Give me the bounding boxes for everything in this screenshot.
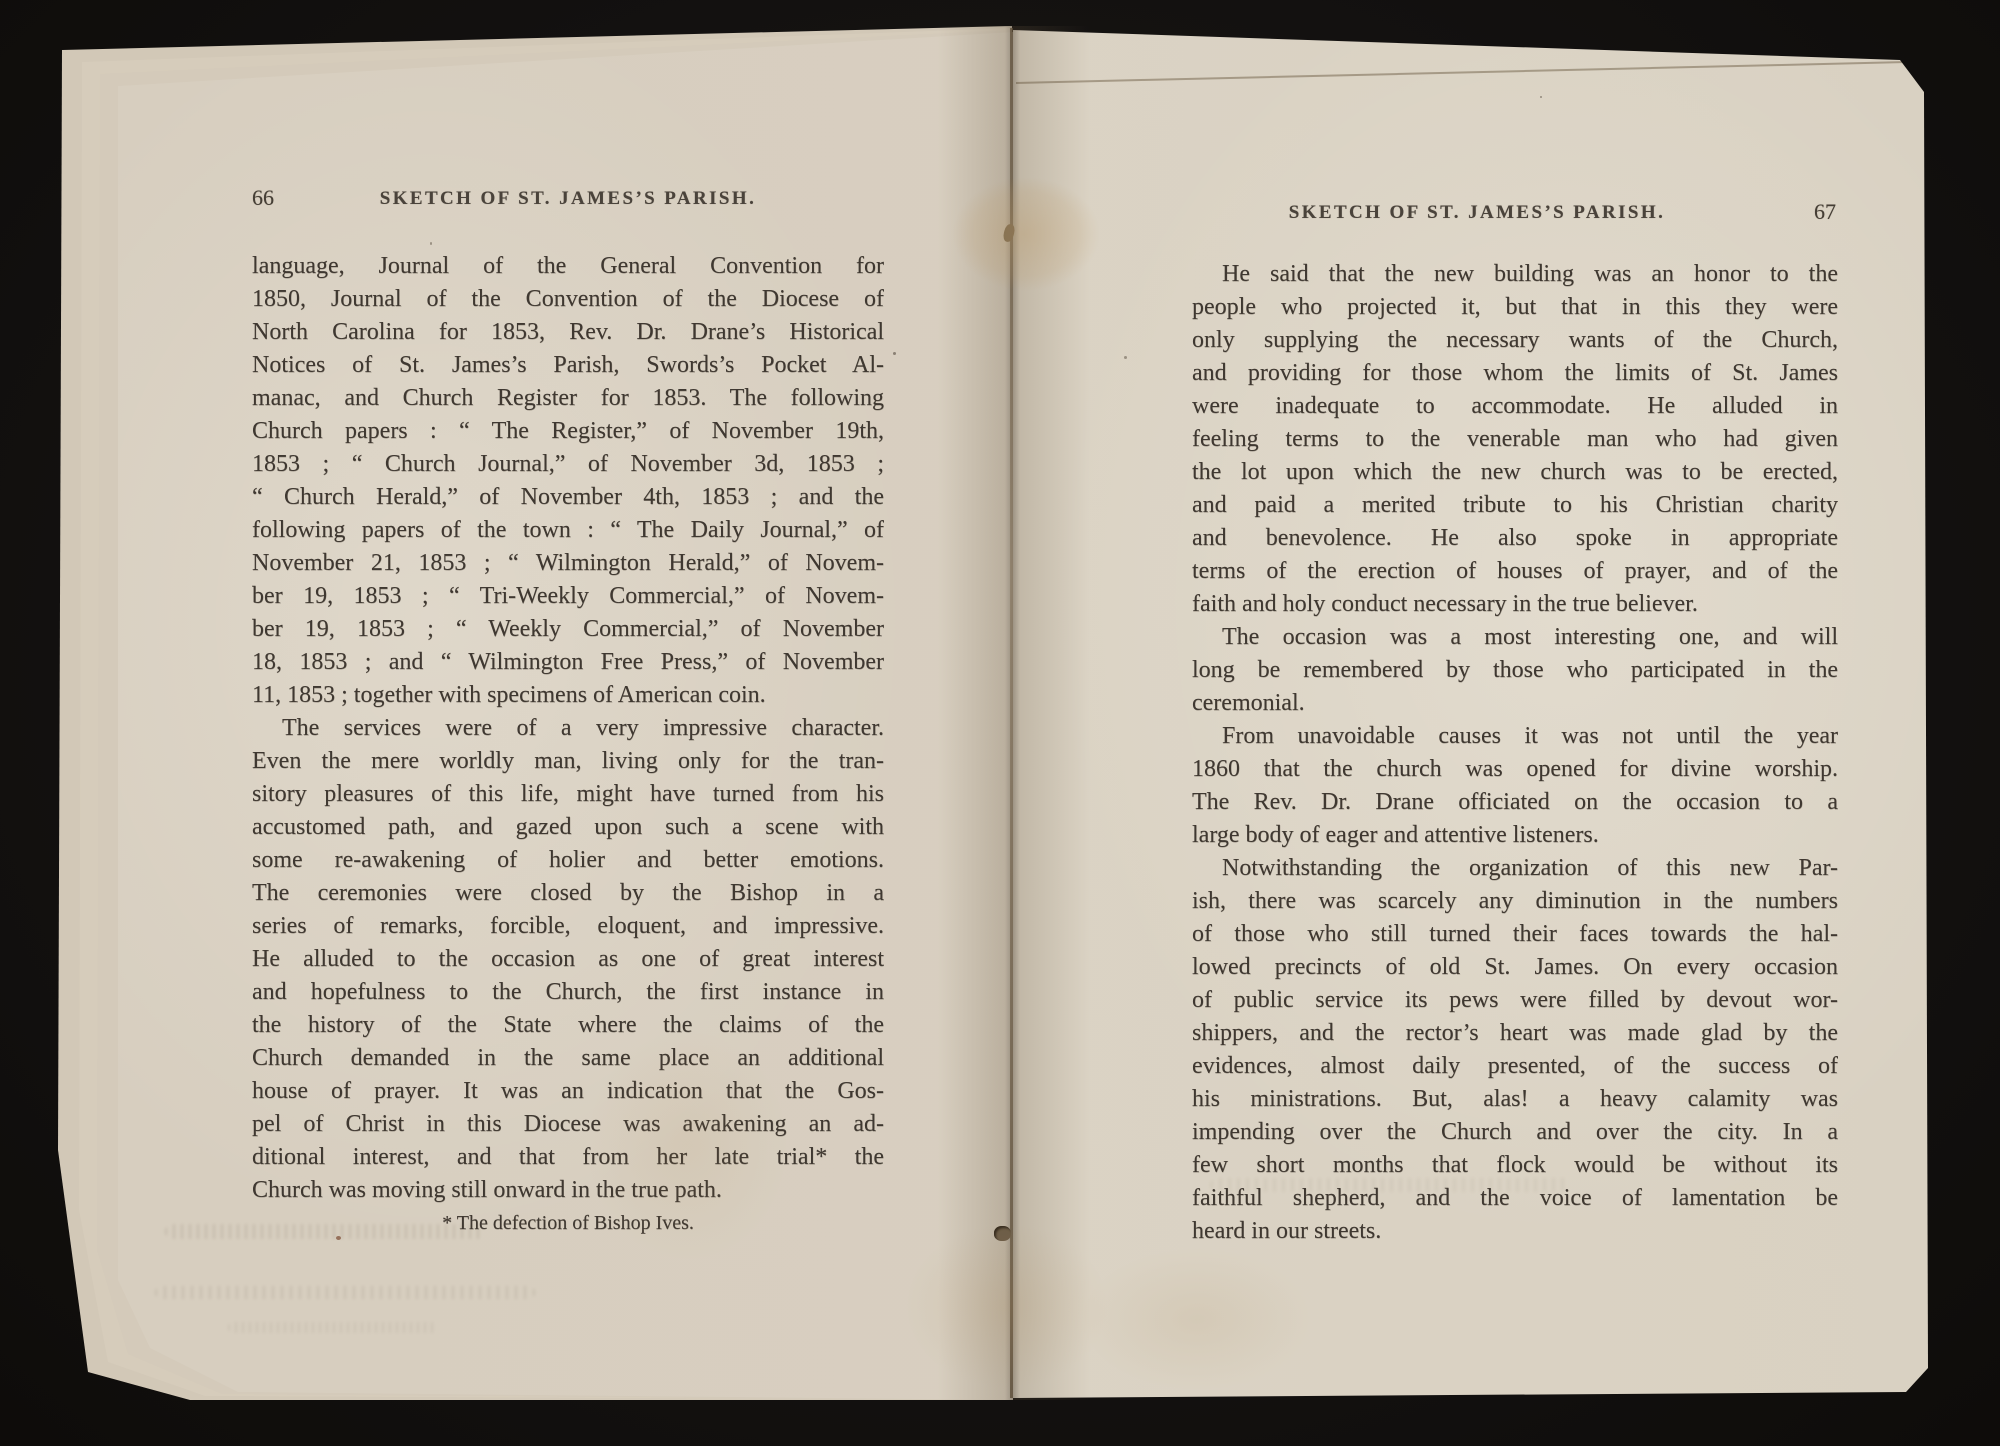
text-line: large body of eager and attentive listen…	[1192, 819, 1838, 852]
text-line: heard in our streets.	[1192, 1215, 1838, 1248]
right-page-text: He said that the new building was an hon…	[1192, 258, 1838, 1248]
text-line: Church was moving still onward in the tr…	[252, 1174, 884, 1207]
page-fold-line	[1016, 61, 1912, 84]
text-line: following papers of the town : “ The Dai…	[252, 514, 884, 547]
text-line: people who projected it, but that in thi…	[1192, 291, 1838, 324]
text-line: shippers, and the rector’s heart was mad…	[1192, 1017, 1838, 1050]
text-line: were inadequate to accommodate. He allud…	[1192, 390, 1838, 423]
right-page-number: 67	[1814, 199, 1836, 225]
text-line: He alluded to the occasion as one of gre…	[252, 943, 884, 976]
text-line: The services were of a very impressive c…	[252, 712, 884, 745]
text-line: faithful shepherd, and the voice of lame…	[1192, 1182, 1838, 1215]
left-page-number: 66	[252, 185, 274, 211]
text-line: November 21, 1853 ; “ Wilmington Herald,…	[252, 547, 884, 580]
running-title: SKETCH OF ST. JAMES’S PARISH.	[252, 188, 884, 210]
text-line: accustomed path, and gazed upon such a s…	[252, 811, 884, 844]
text-line: He said that the new building was an hon…	[1192, 258, 1838, 291]
text-line: Notices of St. James’s Parish, Swords’s …	[252, 349, 884, 382]
text-line: pel of Christ in this Diocese was awaken…	[252, 1108, 884, 1141]
text-line: feeling terms to the venerable man who h…	[1192, 423, 1838, 456]
text-line: the lot upon which the new church was to…	[1192, 456, 1838, 489]
ink-bleedthrough-mark	[155, 1286, 535, 1299]
text-line: faith and holy conduct necessary in the …	[1192, 588, 1838, 621]
text-line: terms of the erection of houses of praye…	[1192, 555, 1838, 588]
book-spread: 66 SKETCH OF ST. JAMES’S PARISH. languag…	[0, 0, 2000, 1446]
text-line: ceremonial.	[1192, 687, 1838, 720]
text-line: 1853 ; “ Church Journal,” of November 3d…	[252, 448, 884, 481]
text-line: Church papers : “ The Register,” of Nove…	[252, 415, 884, 448]
right-page-header: SKETCH OF ST. JAMES’S PARISH. 67	[1192, 202, 1838, 236]
text-line: 11, 1853 ; together with specimens of Am…	[252, 679, 884, 712]
text-line: and hopefulness to the Church, the first…	[252, 976, 884, 1009]
text-line: ber 19, 1853 ; “ Weekly Commercial,” of …	[252, 613, 884, 646]
text-line: The Rev. Dr. Drane officiated on the occ…	[1192, 786, 1838, 819]
text-line: manac, and Church Register for 1853. The…	[252, 382, 884, 415]
text-line: 1850, Journal of the Convention of the D…	[252, 283, 884, 316]
left-page-text: language, Journal of the General Convent…	[252, 250, 884, 1207]
footnote: * The defection of Bishop Ives.	[252, 1212, 884, 1235]
text-line: The ceremonies were closed by the Bishop…	[252, 877, 884, 910]
text-line: “ Church Herald,” of November 4th, 1853 …	[252, 481, 884, 514]
text-line: evidences, almost daily presented, of th…	[1192, 1050, 1838, 1083]
text-line: ditional interest, and that from her lat…	[252, 1141, 884, 1174]
text-line: and benevolence. He also spoke in approp…	[1192, 522, 1838, 555]
text-line: 1860 that the church was opened for divi…	[1192, 753, 1838, 786]
text-line: and providing for those whom the limits …	[1192, 357, 1838, 390]
text-line: Church demanded in the same place an add…	[252, 1042, 884, 1075]
text-line: house of prayer. It was an indication th…	[252, 1075, 884, 1108]
text-line: ber 19, 1853 ; “ Tri-Weekly Commercial,”…	[252, 580, 884, 613]
text-line: the history of the State where the claim…	[252, 1009, 884, 1042]
paper-stain	[1042, 1224, 1352, 1414]
ink-bleedthrough-mark	[228, 1322, 438, 1333]
text-line: of public service its pews were filled b…	[1192, 984, 1838, 1017]
binding-stitch	[994, 1226, 1011, 1241]
paper-speck	[336, 1236, 341, 1240]
text-line: language, Journal of the General Convent…	[252, 250, 884, 283]
text-line: From unavoidable causes it was not until…	[1192, 720, 1838, 753]
text-line: few short months that flock would be wit…	[1192, 1149, 1838, 1182]
text-line: 18, 1853 ; and “ Wilmington Free Press,”…	[252, 646, 884, 679]
text-line: and paid a merited tribute to his Christ…	[1192, 489, 1838, 522]
text-line: long be remembered by those who particip…	[1192, 654, 1838, 687]
paper-speck	[1124, 356, 1127, 359]
paper-speck	[1540, 96, 1542, 98]
text-line: Notwithstanding the organization of this…	[1192, 852, 1838, 885]
text-line: The occasion was a most interesting one,…	[1192, 621, 1838, 654]
text-line: lowed precincts of old St. James. On eve…	[1192, 951, 1838, 984]
text-line: ish, there was scarcely any diminution i…	[1192, 885, 1838, 918]
text-line: impending over the Church and over the c…	[1192, 1116, 1838, 1149]
text-line: Even the mere worldly man, living only f…	[252, 745, 884, 778]
text-line: sitory pleasures of this life, might hav…	[252, 778, 884, 811]
text-line: only supplying the necessary wants of th…	[1192, 324, 1838, 357]
text-line: of those who still turned their faces to…	[1192, 918, 1838, 951]
text-line: some re-awakening of holier and better e…	[252, 844, 884, 877]
left-page-header: 66 SKETCH OF ST. JAMES’S PARISH.	[252, 188, 884, 222]
text-line: series of remarks, forcible, eloquent, a…	[252, 910, 884, 943]
text-line: North Carolina for 1853, Rev. Dr. Drane’…	[252, 316, 884, 349]
text-line: his ministrations. But, alas! a heavy ca…	[1192, 1083, 1838, 1116]
running-title: SKETCH OF ST. JAMES’S PARISH.	[1154, 202, 1800, 224]
paper-speck	[893, 352, 896, 355]
paper-speck	[430, 242, 432, 245]
